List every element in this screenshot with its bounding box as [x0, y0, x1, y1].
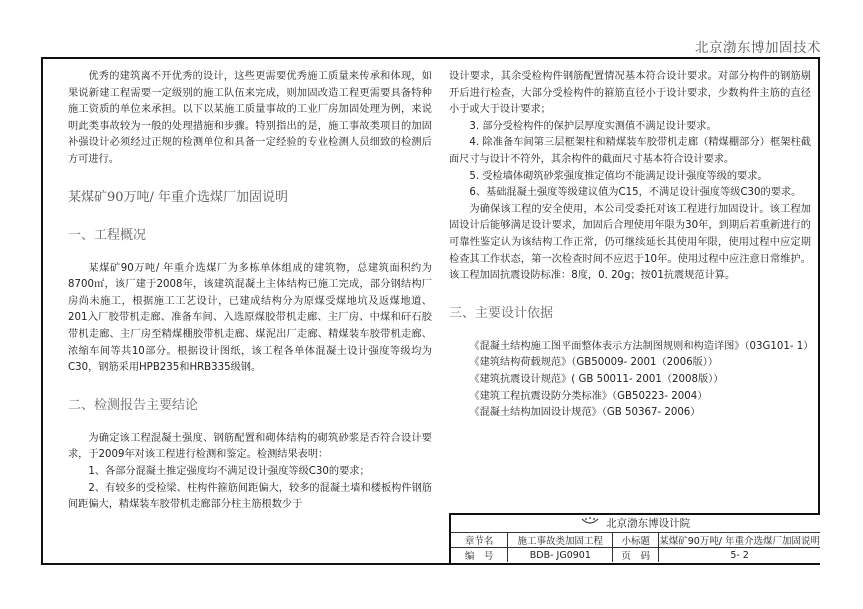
right-column: 设计要求，其余受检构件钢筋配置情况基本符合设计要求。对部分构件的钢筋剔开后进行检…: [449, 69, 811, 422]
title-block-row: 章节名 施工事故类加固工程 小标题 某煤矿90万吨/ 年重介选煤厂加固说明: [451, 533, 820, 548]
section-title-overview: 一、工程概况: [68, 227, 432, 245]
finding-2-continued: 设计要求，其余受检构件钢筋配置情况基本符合设计要求。对部分构件的钢筋剔开后进行检…: [449, 69, 811, 119]
reference-item: 《混凝土结构施工图平面整体表示方法制图规则和构造详图》（03G101- 1）: [449, 339, 811, 356]
overview-paragraph: 某煤矿90万吨/ 年重介选煤厂为多栋单体组成的建筑物，总建筑面积约为8700㎡，…: [68, 261, 432, 377]
conclusion-paragraph: 为确保该工程的安全使用，本公司受委托对该工程进行加固设计。该工程加固设计后能够满…: [449, 202, 811, 285]
subtitle-label: 小标题: [613, 533, 659, 548]
finding-3: 3. 部分受检构件的保护层厚度实测值不满足设计要求。: [449, 119, 811, 136]
finding-2: 2、有较多的受检梁、柱构件箍筋间距偏大，较多的混凝土墙和楼板构件钢筋间距偏大，精…: [68, 481, 432, 514]
drawing-frame: 优秀的建筑离不开优秀的设计，这些更需要优秀施工质量来传承和体现，如果说新建工程需…: [41, 57, 820, 565]
title-block-table: 章节名 施工事故类加固工程 小标题 某煤矿90万吨/ 年重介选煤厂加固说明 编 …: [451, 533, 820, 562]
header-brand: 北京渤东博加固技术: [695, 36, 821, 56]
page-value: 5- 2: [659, 548, 820, 563]
number-value: BDB- JG0901: [508, 548, 613, 563]
page-label: 页 码: [613, 548, 659, 563]
section-title-inspection: 二、检测报告主要结论: [68, 397, 432, 415]
reference-item: 《建筑抗震设计规范》( GB 50011- 2001（2008版））: [449, 372, 811, 389]
intro-paragraph: 优秀的建筑离不开优秀的设计，这些更需要优秀施工质量来传承和体现，如果说新建工程需…: [68, 69, 432, 169]
title-block-row: 编 号 BDB- JG0901 页 码 5- 2: [451, 548, 820, 563]
inspection-intro: 为确定该工程混凝土强度、钢筋配置和砌体结构的砌筑砂浆是否符合设计要求，于2009…: [68, 431, 432, 464]
chapter-value: 施工事故类加固工程: [508, 533, 613, 548]
finding-5: 5. 受检墙体砌筑砂浆强度推定值均不能满足设计强度等级的要求。: [449, 169, 811, 186]
reference-item: 《建筑工程抗震设防分类标准》（GB50223- 2004）: [449, 389, 811, 406]
document-title: 某煤矿90万吨/ 年重介选煤厂加固说明: [68, 189, 432, 207]
institute-name: 北京渤东博设计院: [606, 518, 690, 530]
finding-1: 1、各部分混凝土推定强度均不满足设计强度等级C30的要求；: [68, 464, 432, 481]
number-label: 编 号: [451, 548, 508, 563]
finding-4: 4. 除准备车间第三层框架柱和精煤装车胶带机走廊（精煤棚部分）框架柱截面尺寸与设…: [449, 135, 811, 168]
subtitle-value: 某煤矿90万吨/ 年重介选煤厂加固说明: [659, 533, 820, 548]
institute-logo-icon: [581, 515, 599, 532]
finding-6: 6、基础混凝土强度等级建议值为C15，不满足设计强度等级C30的要求。: [449, 185, 811, 202]
reference-item: 《混凝土结构加固设计规范》（GB 50367- 2006）: [449, 405, 811, 422]
title-block: 北京渤东博设计院 章节名 施工事故类加固工程 小标题 某煤矿90万吨/ 年重介选…: [449, 513, 820, 563]
reference-item: 《建筑结构荷载规范》（GB50009- 2001（2006版））: [449, 355, 811, 372]
chapter-label: 章节名: [451, 533, 508, 548]
title-block-header: 北京渤东博设计院: [451, 515, 820, 533]
left-column: 优秀的建筑离不开优秀的设计，这些更需要优秀施工质量来传承和体现，如果说新建工程需…: [68, 69, 432, 514]
section-title-design-basis: 三、主要设计依据: [449, 305, 811, 323]
